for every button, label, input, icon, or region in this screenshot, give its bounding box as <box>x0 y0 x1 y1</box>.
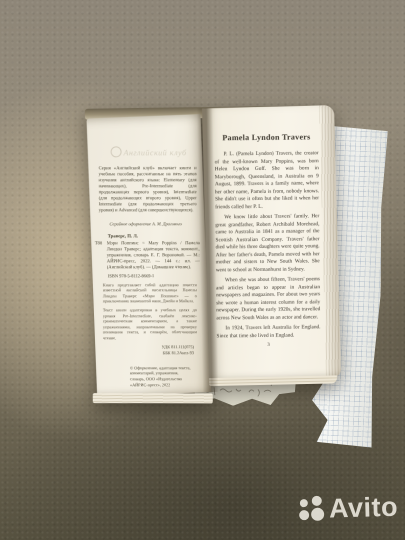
right-page-content: Pamela Lyndon Travers P. L. (Pamela Lynd… <box>214 106 321 379</box>
body-paragraph: P. L. (Pamela Lyndon) Travers, the creat… <box>215 150 320 211</box>
avito-watermark: Avito <box>299 494 399 524</box>
bbk-code: ББК 81.2Англ-93 <box>92 351 194 357</box>
chapter-title: Pamela Lyndon Travers <box>214 132 318 142</box>
avito-dot <box>311 508 324 521</box>
open-book: Английский клуб Серия «Английский клуб» … <box>81 99 342 430</box>
annotation-paragraph-2: Текст книги адаптирован в учебных целях … <box>103 308 197 341</box>
body-paragraph: When she was about fifteen, Travers' poe… <box>216 277 320 323</box>
isbn-line: ISBN 978-5-8112-8669-1 <box>108 273 206 278</box>
series-logo-text: Английский клуб <box>124 148 187 157</box>
series-description: Серия «Английский клуб» включает книги и… <box>99 165 197 213</box>
body-paragraph: We know little about Travers' family. He… <box>215 213 320 274</box>
classification-codes: УДК 811.111(075) ББК 81.2Англ-93 <box>92 344 194 357</box>
left-page-content: Английский клуб Серия «Английский клуб» … <box>92 116 206 394</box>
copyright-block: © Оформление, адаптация текста, коммента… <box>130 365 194 388</box>
left-page-bottom-edges <box>93 393 213 403</box>
bibliographic-row: Т80 Мэри Поппинс = Mary Poppins / Памела… <box>95 240 200 270</box>
design-credit: Серийное оформление А. М. Драгового <box>92 221 200 226</box>
annotation-paragraph-1: Книга представляет собой адаптацию повес… <box>103 282 197 304</box>
author-heading: Траверс, П. Л. <box>108 234 206 239</box>
book-photo: Английский клуб Серия «Английский клуб» … <box>0 0 405 540</box>
left-page-copyright: Английский клуб Серия «Английский клуб» … <box>86 114 211 396</box>
avito-dots-icon <box>299 496 325 524</box>
avito-dot <box>299 510 309 520</box>
body-paragraph: In 1924, Travers left Australia for Engl… <box>216 325 320 341</box>
right-page-text: Pamela Lyndon Travers P. L. (Pamela Lynd… <box>202 105 341 380</box>
index-code: Т80 <box>95 240 107 270</box>
bibliographic-record: Мэри Поппинс = Mary Poppins / Памела Лин… <box>107 240 200 270</box>
avito-dot <box>312 496 322 506</box>
english-club-series-logo: Английский клуб <box>106 146 192 157</box>
page-number: 3 <box>217 343 321 349</box>
avito-wordmark: Avito <box>329 494 399 523</box>
series-logo-ring-icon <box>111 146 122 157</box>
avito-dot <box>300 499 308 507</box>
